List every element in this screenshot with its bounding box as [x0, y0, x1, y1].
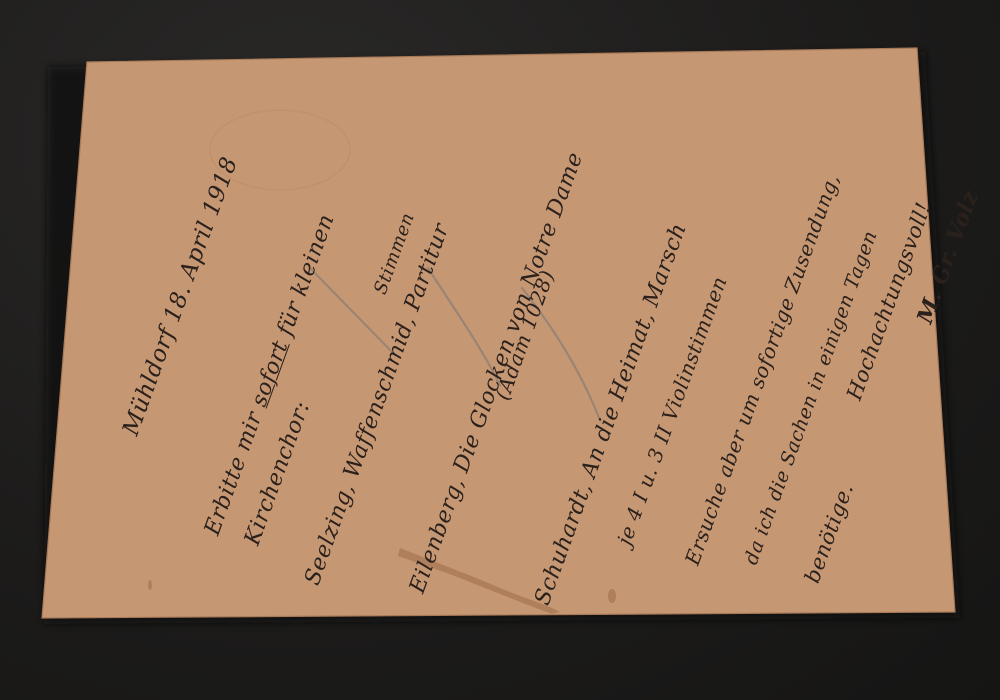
ink-spot [608, 589, 616, 603]
ink-spot [148, 580, 152, 590]
